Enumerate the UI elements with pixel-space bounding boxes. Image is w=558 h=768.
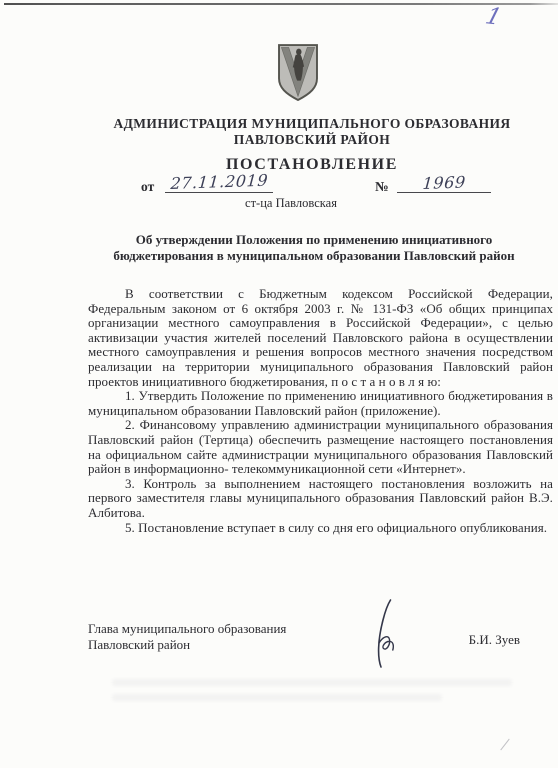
scanned-document-page: 1 АДМИНИСТРАЦИЯ МУНИЦИПАЛЬНОГО ОБРАЗОВАН… xyxy=(0,0,558,768)
stray-pencil-mark xyxy=(500,739,509,751)
handwritten-date: 27.11.2019 xyxy=(170,171,269,193)
coat-of-arms-icon xyxy=(277,43,319,102)
document-body: В соответствии с Бюджетным кодексом Росс… xyxy=(88,287,553,535)
coat-of-arms-shield xyxy=(277,43,319,102)
handwritten-signature xyxy=(360,596,410,676)
paragraph-item-5: 5. Постановление вступает в силу со дня … xyxy=(88,521,553,536)
paragraph-preamble: В соответствии с Бюджетным кодексом Росс… xyxy=(88,287,553,389)
handwritten-page-number: 1 xyxy=(483,6,504,30)
bleed-through-ghost-text xyxy=(112,679,512,686)
document-type-heading: ПОСТАНОВЛЕНИЕ xyxy=(88,156,536,174)
signer-position-line1: Глава муниципального образования xyxy=(88,621,338,637)
paragraph-item-1: 1. Утвердить Положение по применению ини… xyxy=(88,389,553,418)
scan-artifact-line xyxy=(4,3,558,5)
number-underline: 1969 xyxy=(397,174,491,193)
date-underline: 27.11.2019 xyxy=(165,174,273,193)
document-header: АДМИНИСТРАЦИЯ МУНИЦИПАЛЬНОГО ОБРАЗОВАНИЯ… xyxy=(88,116,536,174)
organization-name-line2: ПАВЛОВСКИЙ РАЙОН xyxy=(88,132,536,148)
number-label: № xyxy=(375,179,389,195)
signer-position-line2: Павловский район xyxy=(88,637,338,653)
bleed-through-ghost-text xyxy=(112,694,442,701)
signature-block: Глава муниципального образования Павловс… xyxy=(88,621,552,701)
document-title: Об утверждении Положения по применению и… xyxy=(88,232,540,263)
handwritten-number: 1969 xyxy=(422,172,466,193)
date-label: от xyxy=(141,179,154,195)
date-number-row: от 27.11.2019 № 1969 xyxy=(88,174,552,198)
paragraph-item-2: 2. Финансовому управлению администрации … xyxy=(88,418,553,476)
signer-name: Б.И. Зуев xyxy=(469,632,520,648)
paragraph-item-3: 3. Контроль за выполнением настоящего по… xyxy=(88,477,553,521)
issuing-place: ст-ца Павловская xyxy=(88,196,536,211)
organization-name-line1: АДМИНИСТРАЦИЯ МУНИЦИПАЛЬНОГО ОБРАЗОВАНИЯ xyxy=(88,116,536,132)
